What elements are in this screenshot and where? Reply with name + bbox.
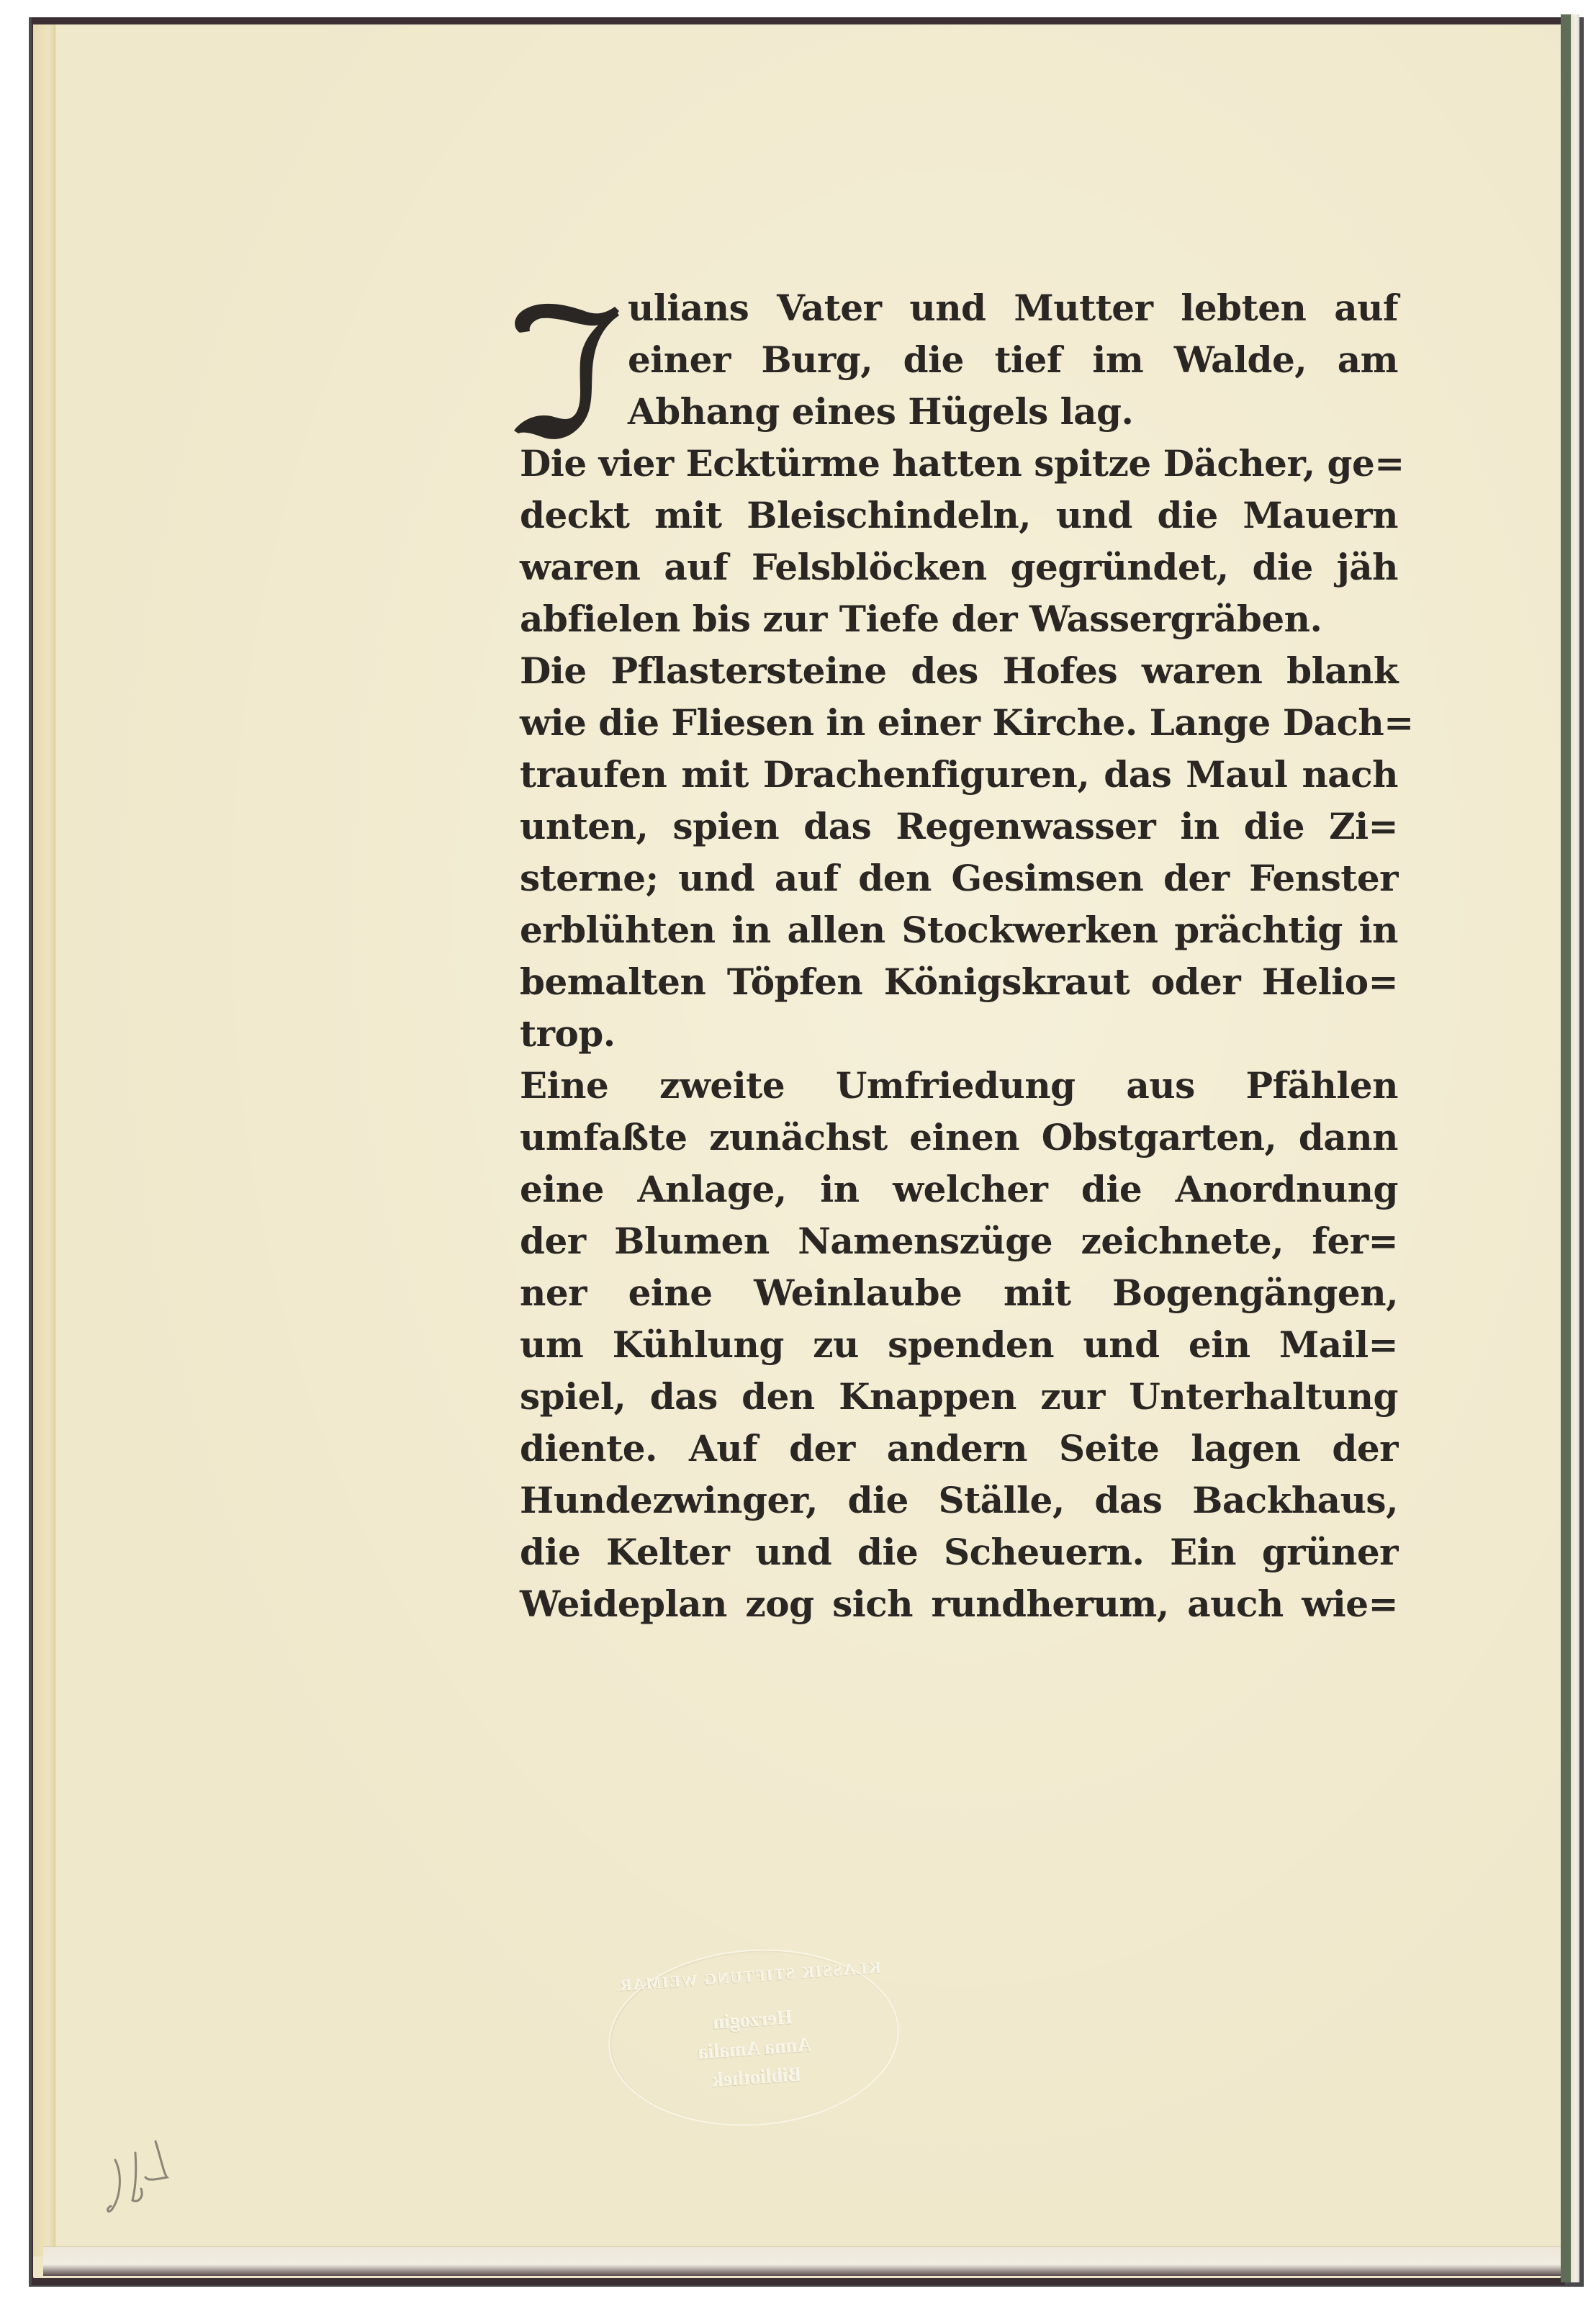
text-line: wie die Fliesen in einer Kirche. Lange D…	[520, 697, 1398, 749]
text-line: ulians Vater und Mutter lebten auf	[520, 282, 1398, 334]
body-text: ulians Vater und Mutter lebten auf einer…	[520, 282, 1398, 1630]
text-line: deckt mit Bleischindeln, und die Mauern	[520, 490, 1398, 541]
pencil-signature-mark	[94, 2131, 180, 2225]
text-line: einer Burg, die tief im Walde, am	[520, 334, 1398, 386]
text-line: Die vier Ecktürme hatten spitze Dächer, …	[520, 438, 1398, 490]
text-line: abfielen bis zur Tiefe der Wassergräben.	[520, 593, 1398, 645]
text-line: der Blumen Namenszüge zeichnete, fer=	[520, 1215, 1398, 1267]
text-line: unten, spien das Regenwasser in die Zi=	[520, 801, 1398, 852]
text-line: um Kühlung zu spenden und ein Mail=	[520, 1319, 1398, 1371]
text-line: waren auf Felsblöcken gegründet, die jäh	[520, 541, 1398, 593]
text-line: spiel, das den Knappen zur Unterhaltung	[520, 1371, 1398, 1423]
deckle-edge-left	[33, 24, 55, 2256]
page-edge-right	[1571, 14, 1579, 2282]
text-line: trop.	[520, 1008, 1398, 1060]
text-line: Eine zweite Umfriedung aus Pfählen	[520, 1060, 1398, 1112]
text-line: die Kelter und die Scheuern. Ein grüner	[520, 1526, 1398, 1578]
deckle-edge-bottom	[43, 2246, 1561, 2276]
text-line: eine Anlage, in welcher die Anordnung	[520, 1164, 1398, 1215]
text-line: Abhang eines Hügels lag.	[520, 386, 1398, 438]
text-line: ner eine Weinlaube mit Bogengängen,	[520, 1267, 1398, 1319]
text-line: Die Pflastersteine des Hofes waren blank	[520, 645, 1398, 697]
text-line: Hundezwinger, die Ställe, das Backhaus,	[520, 1475, 1398, 1526]
text-line: Weideplan zog sich rundherum, auch wie=	[520, 1578, 1398, 1630]
text-line: erblühten in allen Stockwerken prächtig …	[520, 904, 1398, 956]
text-line: bemalten Töpfen Königskraut oder Helio=	[520, 956, 1398, 1008]
text-line: traufen mit Drachenfiguren, das Maul nac…	[520, 749, 1398, 801]
spine-green-band	[1561, 14, 1571, 2282]
text-line: diente. Auf der andern Seite lagen der	[520, 1423, 1398, 1475]
text-line: umfaßte zunächst einen Obstgarten, dann	[520, 1112, 1398, 1164]
text-line: sterne; und auf den Gesimsen der Fenster	[520, 852, 1398, 904]
